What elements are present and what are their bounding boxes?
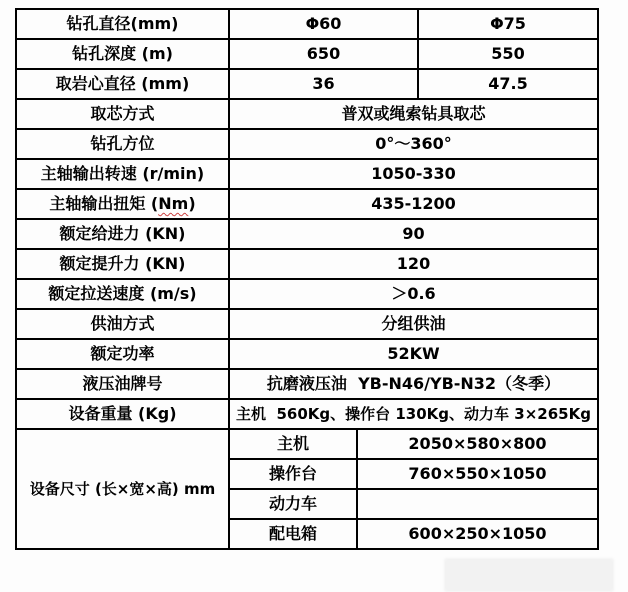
dimension-item-value-main-unit: 2050×580×800 [357,429,598,459]
spellcheck-underlined-unit: Nm [158,194,188,213]
spec-value-rated-feed-force: 90 [229,219,598,249]
table-row: 额定提升力 (KN) 120 [16,249,598,279]
equipment-spec-table: 钻孔直径(mm) Φ60 Φ75 钻孔深度 (m) 650 550 取岩心直径 … [15,8,599,550]
dimension-item-name-main-unit: 主机 [229,429,357,459]
table-row: 额定拉送速度 (m/s) ＞0.6 [16,279,598,309]
spec-label-spindle-torque: 主轴输出扭矩 (Nm) [16,189,229,219]
spec-label-drill-depth: 钻孔深度 (m) [16,39,229,69]
spec-value-drill-azimuth: 0°～360° [229,129,598,159]
spec-value-coring-method: 普双或绳索钻具取芯 [229,99,598,129]
spec-label-oil-supply-mode: 供油方式 [16,309,229,339]
table-row: 取芯方式 普双或绳索钻具取芯 [16,99,598,129]
spec-label-rated-power: 额定功率 [16,339,229,369]
table-row: 钻孔深度 (m) 650 550 [16,39,598,69]
spec-value-equipment-weight: 主机 560Kg、操作台 130Kg、动力车 3×265Kg [229,399,598,429]
spec-label-coring-method: 取芯方式 [16,99,229,129]
dimension-item-value-power-cart [357,489,598,519]
table-row: 钻孔方位 0°～360° [16,129,598,159]
spec-value-rated-power: 52KW [229,339,598,369]
spec-label-core-diameter: 取岩心直径 (mm) [16,69,229,99]
spec-value-core-diameter-phi75: 47.5 [418,69,598,99]
dimension-item-value-console: 760×550×1050 [357,459,598,489]
spec-value-rated-lift-force: 120 [229,249,598,279]
spec-label-equipment-weight: 设备重量 (Kg) [16,399,229,429]
dimension-item-name-power-cart: 动力车 [229,489,357,519]
spec-value-rated-pull-speed: ＞0.6 [229,279,598,309]
spec-value-drill-diameter-phi75: Φ75 [418,9,598,39]
spec-value-drill-depth-phi60: 650 [229,39,418,69]
table-row: 取岩心直径 (mm) 36 47.5 [16,69,598,99]
spec-label-drill-diameter: 钻孔直径(mm) [16,9,229,39]
table-row: 设备尺寸 (长×宽×高) mm 主机 2050×580×800 [16,429,598,459]
spec-value-spindle-torque: 435-1200 [229,189,598,219]
spec-value-core-diameter-phi60: 36 [229,69,418,99]
table-row: 主轴输出扭矩 (Nm) 435-1200 [16,189,598,219]
spec-label-spindle-torque-suffix: ) [188,194,195,213]
dimension-item-name-console: 操作台 [229,459,357,489]
spec-value-drill-depth-phi75: 550 [418,39,598,69]
table-row: 额定功率 52KW [16,339,598,369]
dimension-item-name-distribution-box: 配电箱 [229,519,357,549]
spec-value-spindle-speed: 1050-330 [229,159,598,189]
spec-label-spindle-torque-text: 主轴输出扭矩 ( [49,194,158,213]
table-row: 设备重量 (Kg) 主机 560Kg、操作台 130Kg、动力车 3×265Kg [16,399,598,429]
spec-label-spindle-speed: 主轴输出转速 (r/min) [16,159,229,189]
spec-label-drill-azimuth: 钻孔方位 [16,129,229,159]
spec-label-rated-pull-speed: 额定拉送速度 (m/s) [16,279,229,309]
spec-value-drill-diameter-phi60: Φ60 [229,9,418,39]
spec-value-oil-supply-mode: 分组供油 [229,309,598,339]
spec-value-hydraulic-oil-grade: 抗磨液压油 YB-N46/YB-N32（冬季） [229,369,598,399]
table-row: 供油方式 分组供油 [16,309,598,339]
watermark [444,558,614,592]
spec-label-rated-lift-force: 额定提升力 (KN) [16,249,229,279]
spec-label-rated-feed-force: 额定给进力 (KN) [16,219,229,249]
spec-label-equipment-dimensions: 设备尺寸 (长×宽×高) mm [16,429,229,549]
table-row: 液压油牌号 抗磨液压油 YB-N46/YB-N32（冬季） [16,369,598,399]
table-row: 钻孔直径(mm) Φ60 Φ75 [16,9,598,39]
document-page: 钻孔直径(mm) Φ60 Φ75 钻孔深度 (m) 650 550 取岩心直径 … [0,0,628,592]
spec-label-hydraulic-oil-grade: 液压油牌号 [16,369,229,399]
dimension-item-value-distribution-box: 600×250×1050 [357,519,598,549]
table-row: 主轴输出转速 (r/min) 1050-330 [16,159,598,189]
table-row: 额定给进力 (KN) 90 [16,219,598,249]
